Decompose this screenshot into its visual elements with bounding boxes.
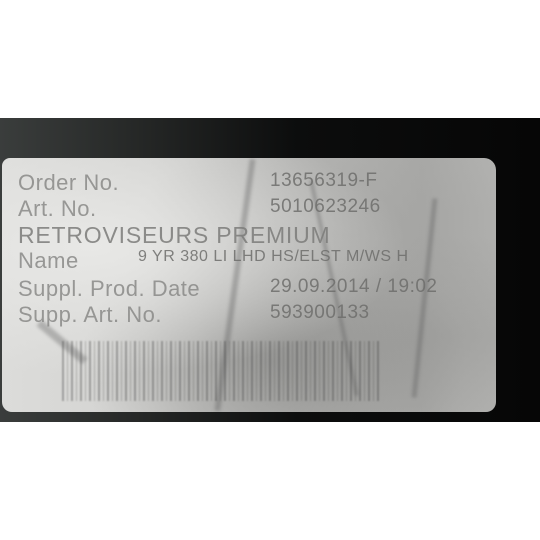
label-row-art-no: Art. No. 5010623246: [18, 196, 268, 222]
crease: [412, 198, 438, 397]
prod-date-value: 29.09.2014 / 19:02: [270, 276, 437, 298]
order-no-key: Order No.: [18, 170, 268, 196]
supp-art-no-value: 593900133: [270, 302, 370, 324]
supp-art-no-key: Supp. Art. No.: [18, 302, 268, 328]
order-no-value: 13656319-F: [270, 170, 377, 192]
part-label: Order No. 13656319-F Art. No. 5010623246…: [2, 158, 496, 412]
barcode: [62, 341, 382, 401]
art-no-value: 5010623246: [270, 196, 381, 218]
label-row-supp-art-no: Supp. Art. No. 593900133: [18, 302, 268, 328]
label-row-order-no: Order No. 13656319-F: [18, 170, 268, 196]
name-value: 9 YR 380 LI LHD HS/ELST M/WS H: [138, 248, 409, 266]
art-no-key: Art. No.: [18, 196, 268, 222]
label-row-product-line: RETROVISEURS PREMIUM: [18, 222, 330, 249]
label-row-prod-date: Suppl. Prod. Date 29.09.2014 / 19:02: [18, 276, 268, 302]
prod-date-key: Suppl. Prod. Date: [18, 276, 268, 302]
product-line-text: RETROVISEURS PREMIUM: [18, 222, 330, 248]
label-row-name: Name 9 YR 380 LI LHD HS/ELST M/WS H: [18, 248, 268, 274]
